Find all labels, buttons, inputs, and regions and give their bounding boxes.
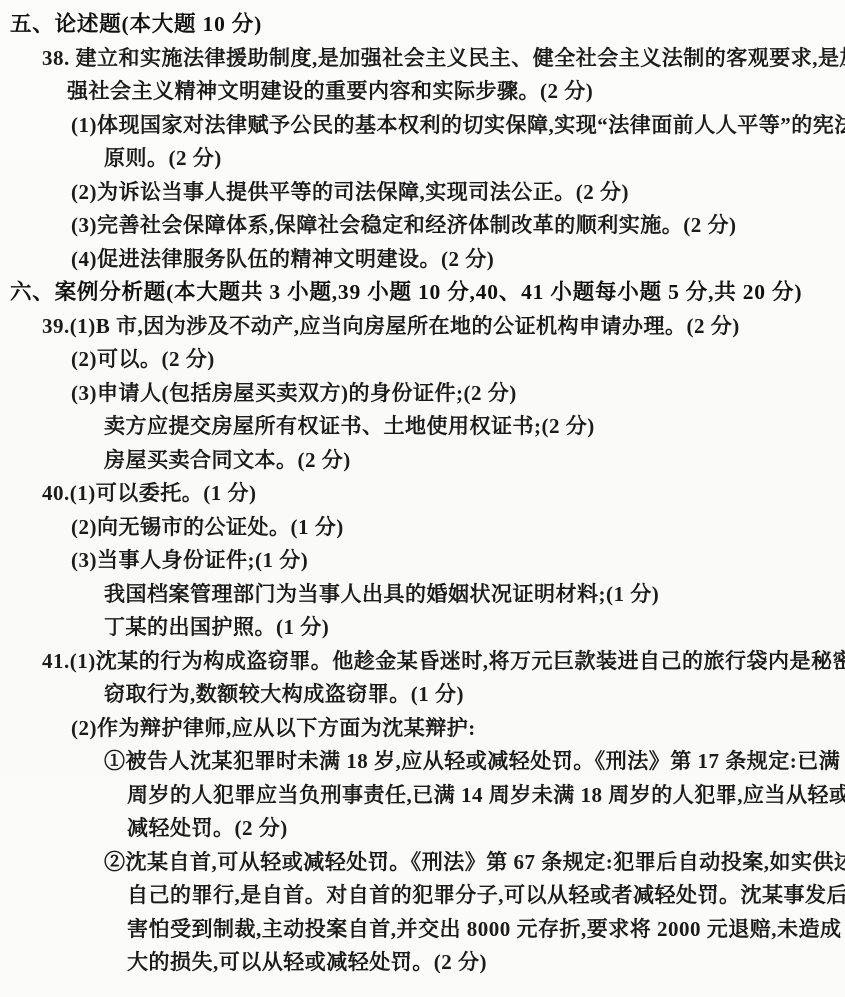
answer-line: (2)向无锡市的公证处。(1 分) [0,511,845,545]
answer-line: 丁某的出国护照。(1 分) [0,611,845,645]
answer-line: 减轻处罚。(2 分) [0,812,845,846]
answer-line: 害怕受到制裁,主动投案自首,并交出 8000 元存折,要求将 2000 元退赔,… [0,913,845,947]
answer-line: (2)可以。(2 分) [0,343,845,377]
answer-line: 39.(1)B 市,因为涉及不动产,应当向房屋所在地的公证机构申请办理。(2 分… [0,310,845,344]
answer-line: 原则。(2 分) [0,142,845,176]
answer-line: (3)申请人(包括房屋买卖双方)的身份证件;(2 分) [0,377,845,411]
answer-line: 我国档案管理部门为当事人出具的婚姻状况证明材料;(1 分) [0,578,845,612]
answer-line: 自己的罪行,是自首。对自首的犯罪分子,可以从轻或者减轻处罚。沈某事发后 [0,879,845,913]
section-heading: 五、论述题(本大题 10 分) [0,8,845,42]
answer-line: ①被告人沈某犯罪时未满 18 岁,应从轻或减轻处罚。《刑法》第 17 条规定:已… [0,745,845,779]
answer-line: 38. 建立和实施法律援助制度,是加强社会主义民主、健全社会主义法制的客观要求,… [0,42,845,76]
answer-line: (1)体现国家对法律赋予公民的基本权利的切实保障,实现“法律面前人人平等”的宪法 [0,109,845,143]
answer-line: (4)促进法律服务队伍的精神文明建设。(2 分) [0,243,845,277]
answer-document: 五、论述题(本大题 10 分)38. 建立和实施法律援助制度,是加强社会主义民主… [0,8,845,980]
answer-line: 40.(1)可以委托。(1 分) [0,477,845,511]
answer-line: 强社会主义精神文明建设的重要内容和实际步骤。(2 分) [0,75,845,109]
answer-line: (3)当事人身份证件;(1 分) [0,544,845,578]
answer-line: (2)为诉讼当事人提供平等的司法保障,实现司法公正。(2 分) [0,176,845,210]
answer-line: 卖方应提交房屋所有权证书、土地使用权证书;(2 分) [0,410,845,444]
answer-line: 窃取行为,数额较大构成盗窃罪。(1 分) [0,678,845,712]
answer-line: (3)完善社会保障体系,保障社会稳定和经济体制改革的顺利实施。(2 分) [0,209,845,243]
answer-line: 周岁的人犯罪应当负刑事责任,已满 14 周岁未满 18 周岁的人犯罪,应当从轻或 [0,779,845,813]
answer-line: 房屋买卖合同文本。(2 分) [0,444,845,478]
section-heading: 六、案例分析题(本大题共 3 小题,39 小题 10 分,40、41 小题每小题… [0,276,845,310]
scanned-page: 五、论述题(本大题 10 分)38. 建立和实施法律援助制度,是加强社会主义民主… [0,0,845,997]
answer-line: (2)作为辩护律师,应从以下方面为沈某辩护: [0,712,845,746]
answer-line: 大的损失,可以从轻或减轻处罚。(2 分) [0,946,845,980]
answer-line: ②沈某自首,可从轻或减轻处罚。《刑法》第 67 条规定:犯罪后自动投案,如实供述 [0,846,845,880]
answer-line: 41.(1)沈某的行为构成盗窃罪。他趁金某昏迷时,将万元巨款装进自己的旅行袋内是… [0,645,845,679]
